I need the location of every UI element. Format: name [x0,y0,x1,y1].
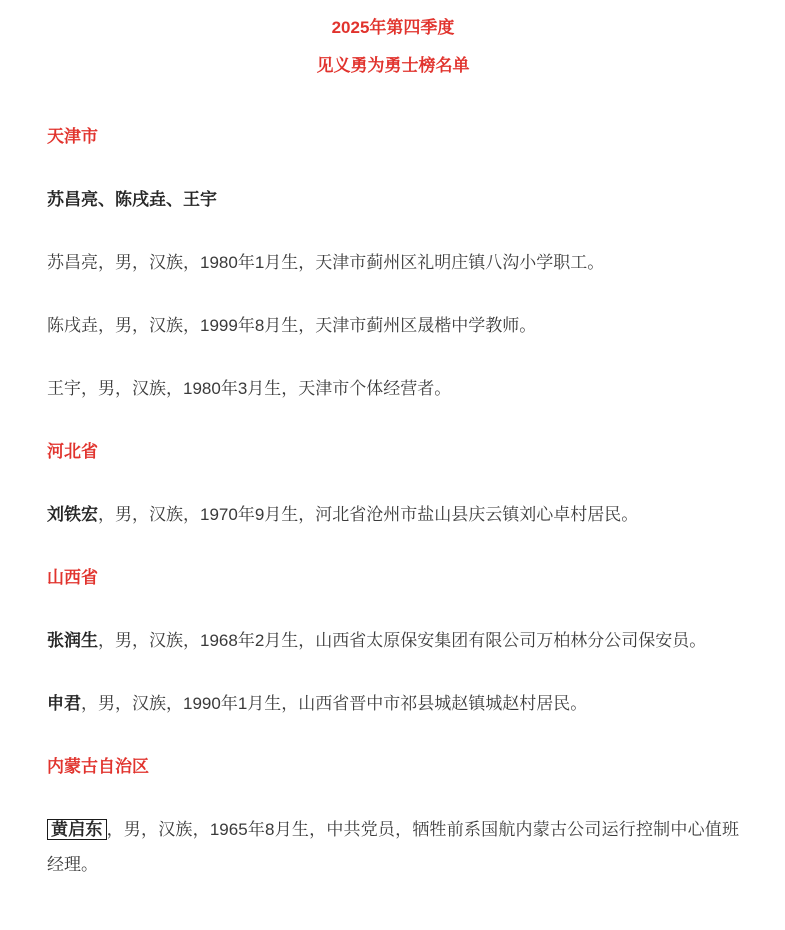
region-heading: 山西省 [47,560,739,595]
entry-paragraph: 申君，男，汉族，1990年1月生，山西省晋中市祁县城赵镇城赵村居民。 [47,686,739,721]
entry-paragraph: 苏昌亮，男，汉族，1980年1月生，天津市蓟州区礼明庄镇八沟小学职工。 [47,245,739,280]
entry-text: 陈戌垚，男，汉族，1999年8月生，天津市蓟州区晟楷中学教师。 [47,316,536,335]
entry-paragraph: 苏昌亮、陈戌垚、王宇 [47,182,739,217]
entry-name: 张润生 [47,631,98,650]
entry-text: ，男，汉族，1990年1月生，山西省晋中市祁县城赵镇城赵村居民。 [81,694,587,713]
entry-paragraph: 陈戌垚，男，汉族，1999年8月生，天津市蓟州区晟楷中学教师。 [47,308,739,343]
entry-name: 苏昌亮、陈戌垚、王宇 [47,190,217,209]
region-section: 内蒙古自治区 黄启东，男，汉族，1965年8月生，中共党员，牺牲前系国航内蒙古公… [47,749,739,882]
entry-text: ，男，汉族，1968年2月生，山西省太原保安集团有限公司万柏林分公司保安员。 [98,631,706,650]
entry-paragraph: 王宇，男，汉族，1980年3月生，天津市个体经营者。 [47,371,739,406]
entry-name: 黄启东 [47,819,107,840]
entry-text: 王宇，男，汉族，1980年3月生，天津市个体经营者。 [47,379,451,398]
entry-paragraph: 张润生，男，汉族，1968年2月生，山西省太原保安集团有限公司万柏林分公司保安员… [47,623,739,658]
entry-name: 刘铁宏 [47,505,98,524]
region-section: 天津市 苏昌亮、陈戌垚、王宇 苏昌亮，男，汉族，1980年1月生，天津市蓟州区礼… [47,119,739,406]
region-heading: 天津市 [47,119,739,154]
region-heading: 内蒙古自治区 [47,749,739,784]
region-section: 山西省 张润生，男，汉族，1968年2月生，山西省太原保安集团有限公司万柏林分公… [47,560,739,721]
document-page: 2025年第四季度 见义勇为勇士榜名单 天津市 苏昌亮、陈戌垚、王宇 苏昌亮，男… [0,0,785,930]
entry-name: 申君 [47,694,81,713]
title-line-2: 见义勇为勇士榜名单 [47,47,739,85]
title-line-1: 2025年第四季度 [47,9,739,47]
entry-paragraph: 刘铁宏，男，汉族，1970年9月生，河北省沧州市盐山县庆云镇刘心卓村居民。 [47,497,739,532]
document-title: 2025年第四季度 见义勇为勇士榜名单 [47,9,739,85]
entry-text: 苏昌亮，男，汉族，1980年1月生，天津市蓟州区礼明庄镇八沟小学职工。 [47,253,604,272]
entry-text: ，男，汉族，1970年9月生，河北省沧州市盐山县庆云镇刘心卓村居民。 [98,505,638,524]
region-entries: 苏昌亮、陈戌垚、王宇 苏昌亮，男，汉族，1980年1月生，天津市蓟州区礼明庄镇八… [47,182,739,406]
region-section: 河北省 刘铁宏，男，汉族，1970年9月生，河北省沧州市盐山县庆云镇刘心卓村居民… [47,434,739,532]
region-heading: 河北省 [47,434,739,469]
region-entries: 刘铁宏，男，汉族，1970年9月生，河北省沧州市盐山县庆云镇刘心卓村居民。 [47,497,739,532]
entry-text: ，男，汉族，1965年8月生，中共党员，牺牲前系国航内蒙古公司运行控制中心值班经… [47,820,739,874]
region-entries: 黄启东，男，汉族，1965年8月生，中共党员，牺牲前系国航内蒙古公司运行控制中心… [47,812,739,882]
document-body: 天津市 苏昌亮、陈戌垚、王宇 苏昌亮，男，汉族，1980年1月生，天津市蓟州区礼… [47,119,739,882]
region-entries: 张润生，男，汉族，1968年2月生，山西省太原保安集团有限公司万柏林分公司保安员… [47,623,739,721]
entry-paragraph: 黄启东，男，汉族，1965年8月生，中共党员，牺牲前系国航内蒙古公司运行控制中心… [47,812,739,882]
